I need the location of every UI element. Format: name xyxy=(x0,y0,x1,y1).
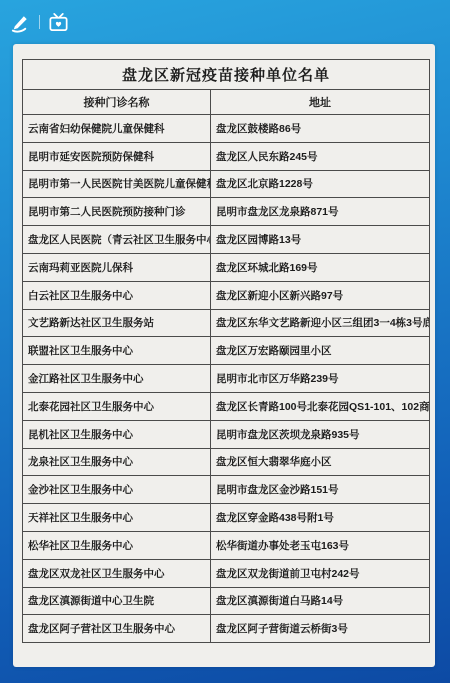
table-row: 云南玛莉亚医院儿保科盘龙区环城北路169号 xyxy=(23,253,430,281)
clinic-name-cell: 金沙社区卫生服务中心 xyxy=(23,476,211,504)
table-row: 金江路社区卫生服务中心昆明市北市区万华路239号 xyxy=(23,365,430,393)
clinic-name-cell: 松华社区卫生服务中心 xyxy=(23,531,211,559)
address-cell: 昆明市盘龙区金沙路151号 xyxy=(211,476,430,504)
column-header-clinic-name: 接种门诊名称 xyxy=(23,90,211,115)
table-row: 天祥社区卫生服务中心盘龙区穿金路438号附1号 xyxy=(23,504,430,532)
table-row: 金沙社区卫生服务中心昆明市盘龙区金沙路151号 xyxy=(23,476,430,504)
tv-gift-icon xyxy=(47,11,70,34)
title-row: 盘龙区新冠疫苗接种单位名单 xyxy=(23,60,430,90)
clinic-name-cell: 白云社区卫生服务中心 xyxy=(23,281,211,309)
address-cell: 盘龙区长青路100号北泰花园QS1-101、102商铺 xyxy=(211,392,430,420)
clinic-name-cell: 北泰花园社区卫生服务中心 xyxy=(23,392,211,420)
table-row: 文艺路新达社区卫生服务站盘龙区东华文艺路新迎小区三组团3一4栋3号底商 xyxy=(23,309,430,337)
clinic-name-cell: 昆明市第一人民医院甘美医院儿童保健科 xyxy=(23,170,211,198)
content-card: 盘龙区新冠疫苗接种单位名单 接种门诊名称 地址 云南省妇幼保健院儿童保健科盘龙区… xyxy=(13,44,435,667)
table-row: 昆明市第一人民医院甘美医院儿童保健科盘龙区北京路1228号 xyxy=(23,170,430,198)
clinic-name-cell: 龙泉社区卫生服务中心 xyxy=(23,448,211,476)
clinic-name-cell: 文艺路新达社区卫生服务站 xyxy=(23,309,211,337)
clinic-name-cell: 云南省妇幼保健院儿童保健科 xyxy=(23,115,211,143)
address-cell: 盘龙区双龙街道前卫屯村242号 xyxy=(211,559,430,587)
address-cell: 盘龙区东华文艺路新迎小区三组团3一4栋3号底商 xyxy=(211,309,430,337)
icon-separator xyxy=(39,15,40,29)
table-row: 北泰花园社区卫生服务中心盘龙区长青路100号北泰花园QS1-101、102商铺 xyxy=(23,392,430,420)
vaccination-table: 盘龙区新冠疫苗接种单位名单 接种门诊名称 地址 云南省妇幼保健院儿童保健科盘龙区… xyxy=(22,59,430,643)
table-row: 盘龙区人民医院（青云社区卫生服务中心）盘龙区园博路13号 xyxy=(23,226,430,254)
address-cell: 盘龙区万宏路颐园里小区 xyxy=(211,337,430,365)
table-row: 盘龙区阿子营社区卫生服务中心盘龙区阿子营街道云桥街3号 xyxy=(23,615,430,643)
column-header-address: 地址 xyxy=(211,90,430,115)
pen-hand-icon xyxy=(9,11,32,34)
address-cell: 昆明市盘龙区龙泉路871号 xyxy=(211,198,430,226)
clinic-name-cell: 盘龙区双龙社区卫生服务中心 xyxy=(23,559,211,587)
address-cell: 盘龙区穿金路438号附1号 xyxy=(211,504,430,532)
table-row: 白云社区卫生服务中心盘龙区新迎小区新兴路97号 xyxy=(23,281,430,309)
table-row: 盘龙区滇源街道中心卫生院盘龙区滇源街道白马路14号 xyxy=(23,587,430,615)
address-cell: 昆明市盘龙区茨坝龙泉路935号 xyxy=(211,420,430,448)
table-body: 盘龙区新冠疫苗接种单位名单 接种门诊名称 地址 云南省妇幼保健院儿童保健科盘龙区… xyxy=(23,60,430,643)
table-row: 昆机社区卫生服务中心昆明市盘龙区茨坝龙泉路935号 xyxy=(23,420,430,448)
clinic-name-cell: 盘龙区阿子营社区卫生服务中心 xyxy=(23,615,211,643)
top-bar xyxy=(0,0,450,44)
table-row: 龙泉社区卫生服务中心盘龙区恒大翡翠华庭小区 xyxy=(23,448,430,476)
address-cell: 松华街道办事处老玉屯163号 xyxy=(211,531,430,559)
address-cell: 盘龙区滇源街道白马路14号 xyxy=(211,587,430,615)
address-cell: 盘龙区恒大翡翠华庭小区 xyxy=(211,448,430,476)
address-cell: 盘龙区阿子营街道云桥街3号 xyxy=(211,615,430,643)
address-cell: 盘龙区鼓楼路86号 xyxy=(211,115,430,143)
clinic-name-cell: 金江路社区卫生服务中心 xyxy=(23,365,211,393)
address-cell: 盘龙区园博路13号 xyxy=(211,226,430,254)
table-row: 昆明市延安医院预防保健科盘龙区人民东路245号 xyxy=(23,142,430,170)
clinic-name-cell: 盘龙区人民医院（青云社区卫生服务中心） xyxy=(23,226,211,254)
clinic-name-cell: 联盟社区卫生服务中心 xyxy=(23,337,211,365)
address-cell: 盘龙区北京路1228号 xyxy=(211,170,430,198)
table-title: 盘龙区新冠疫苗接种单位名单 xyxy=(23,60,430,90)
table-row: 松华社区卫生服务中心松华街道办事处老玉屯163号 xyxy=(23,531,430,559)
clinic-name-cell: 昆机社区卫生服务中心 xyxy=(23,420,211,448)
table-row: 联盟社区卫生服务中心盘龙区万宏路颐园里小区 xyxy=(23,337,430,365)
address-cell: 昆明市北市区万华路239号 xyxy=(211,365,430,393)
address-cell: 盘龙区人民东路245号 xyxy=(211,142,430,170)
clinic-name-cell: 天祥社区卫生服务中心 xyxy=(23,504,211,532)
table-row: 云南省妇幼保健院儿童保健科盘龙区鼓楼路86号 xyxy=(23,115,430,143)
address-cell: 盘龙区环城北路169号 xyxy=(211,253,430,281)
address-cell: 盘龙区新迎小区新兴路97号 xyxy=(211,281,430,309)
clinic-name-cell: 昆明市第二人民医院预防接种门诊 xyxy=(23,198,211,226)
clinic-name-cell: 昆明市延安医院预防保健科 xyxy=(23,142,211,170)
header-row: 接种门诊名称 地址 xyxy=(23,90,430,115)
clinic-name-cell: 云南玛莉亚医院儿保科 xyxy=(23,253,211,281)
table-row: 昆明市第二人民医院预防接种门诊昆明市盘龙区龙泉路871号 xyxy=(23,198,430,226)
clinic-name-cell: 盘龙区滇源街道中心卫生院 xyxy=(23,587,211,615)
table-row: 盘龙区双龙社区卫生服务中心盘龙区双龙街道前卫屯村242号 xyxy=(23,559,430,587)
